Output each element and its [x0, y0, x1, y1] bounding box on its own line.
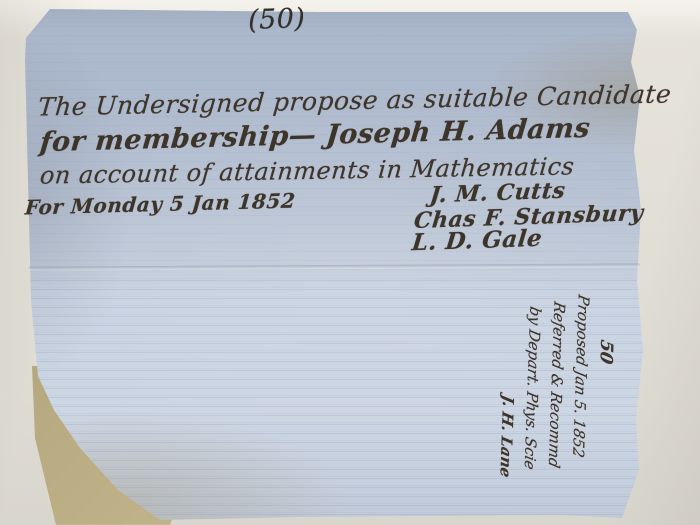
signature-3: L. D. Gale [411, 225, 544, 257]
photo-of-document: (50) The Undersigned propose as suitable… [0, 0, 700, 525]
page-number: (50) [247, 3, 305, 36]
docket-signature: J. H. Lane [492, 393, 520, 510]
rotated-docket: 50 Proposed Jan 5. 1852 Referred & Recom… [484, 274, 619, 525]
